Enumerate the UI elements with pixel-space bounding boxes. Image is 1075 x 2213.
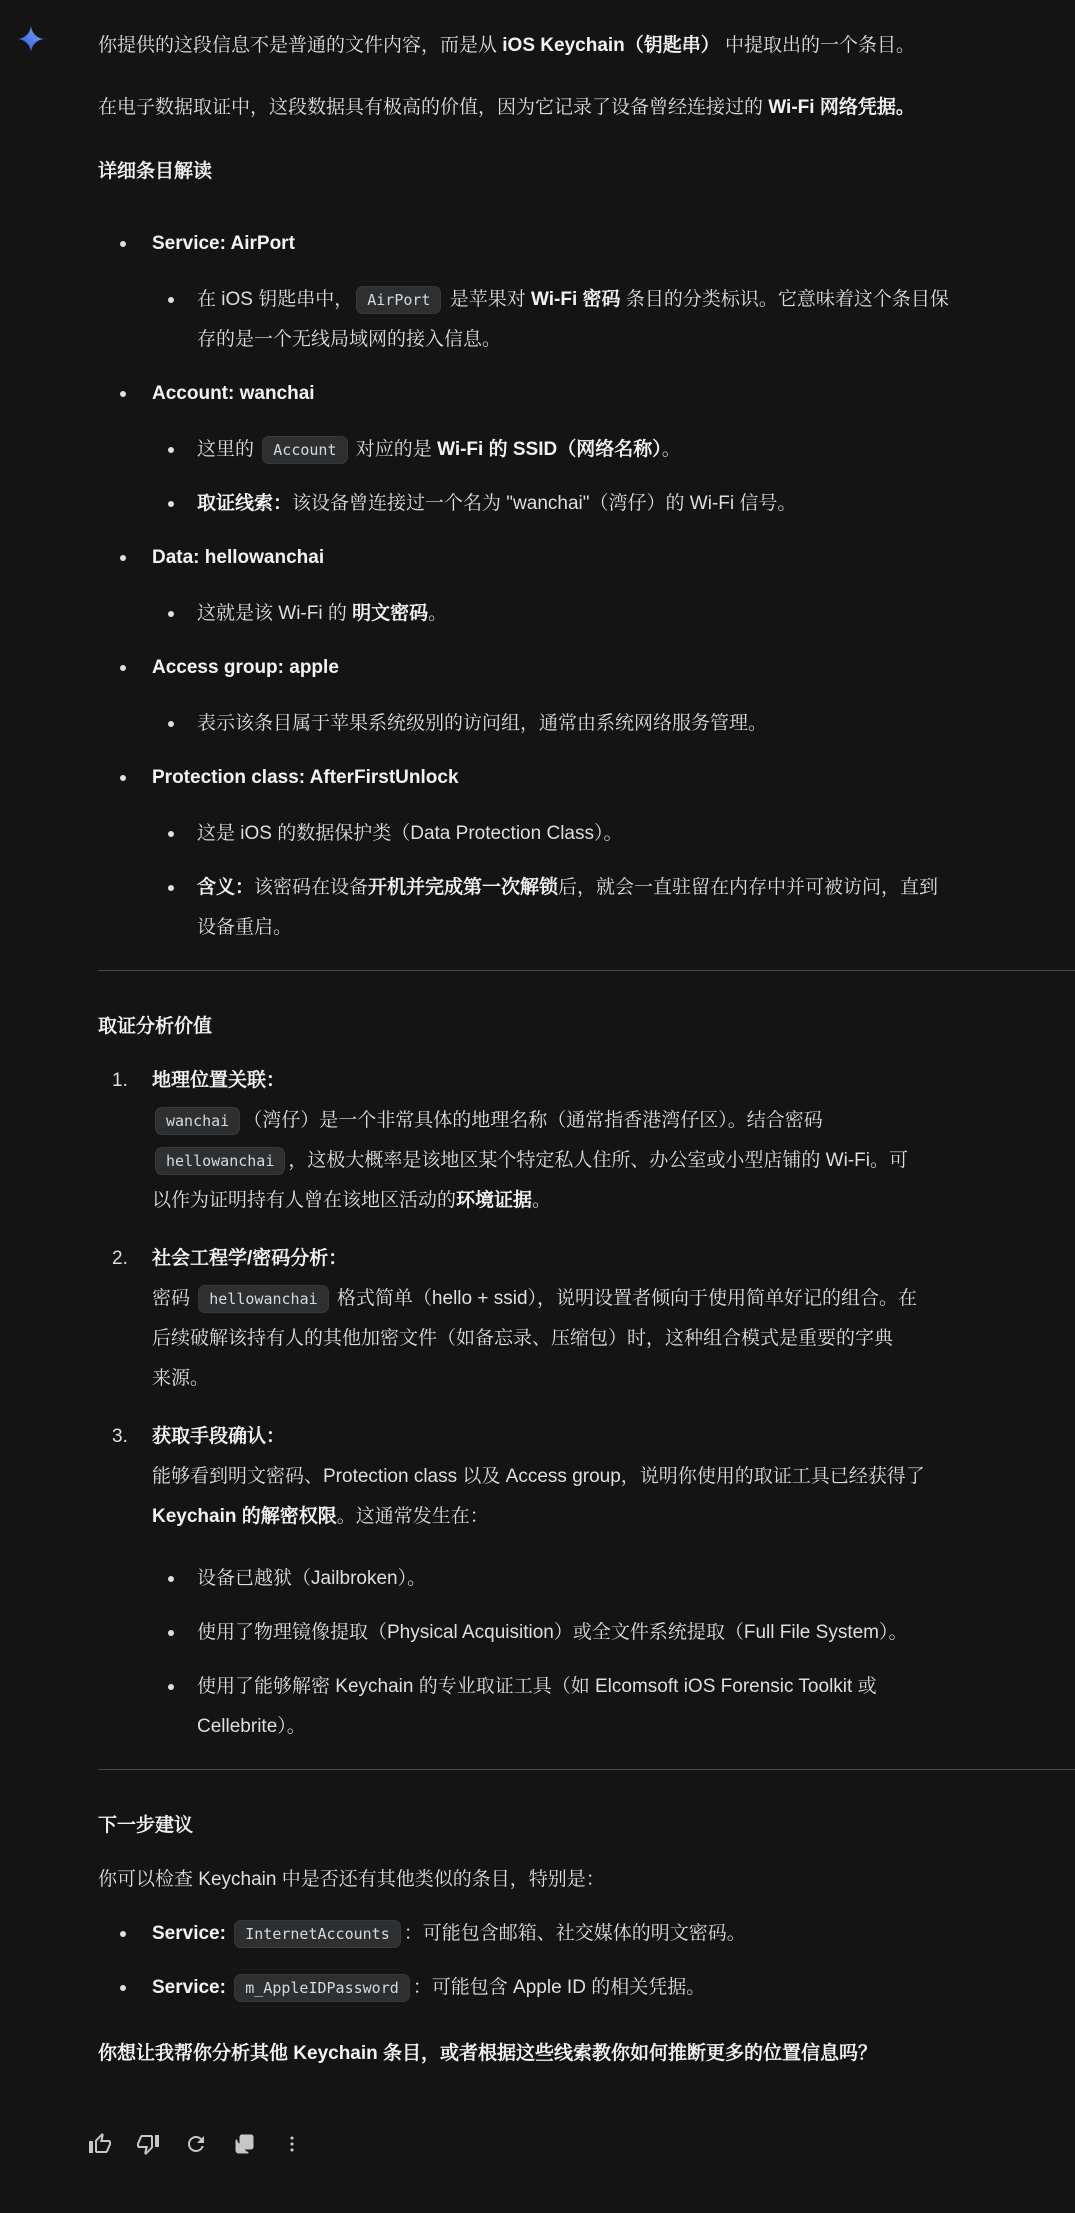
text-segment: 是苹果对 — [444, 289, 531, 310]
sub-list-item: 设备已越狱（Jailbroken）。 — [152, 1559, 1075, 1599]
sub-list: 这里的 Account 对应的是 Wi-Fi 的 SSID（网络名称）。 取证线… — [152, 430, 1075, 524]
text-segment: 社会工程学/密码分析： — [152, 1248, 347, 1269]
list-item: Protection class: AfterFirstUnlock 这是 iO… — [98, 758, 1075, 948]
sub-list-item: 这就是该 Wi-Fi 的 明文密码。 — [152, 594, 1075, 634]
sub-item-text: 使用了物理镜像提取（Physical Acquisition）或全文件系统提取（… — [197, 1613, 1075, 1653]
item-text: 以作为证明持有人曾在该地区活动的环境证据。 — [152, 1181, 1075, 1221]
bullet-icon — [120, 775, 126, 781]
inline-code: hellowanchai — [198, 1285, 328, 1313]
divider — [98, 1769, 1075, 1770]
text-segment: 明文密码 — [352, 603, 428, 624]
text-segment: Service: — [152, 1977, 231, 1998]
bullet-icon — [168, 885, 174, 891]
inline-code: Account — [262, 436, 347, 464]
list-item-label: Data: hellowanchai — [152, 538, 1075, 578]
text-segment: 你想让我帮你分析其他 Keychain 条目，或者根据这些线索教你如何推断更多的… — [98, 2043, 877, 2064]
sub-list-item: 这是 iOS 的数据保护类（Data Protection Class）。 — [152, 814, 1075, 854]
sub-item-text: 使用了能够解密 Keychain 的专业取证工具（如 Elcomsoft iOS… — [197, 1667, 1075, 1707]
text-segment: 设备已越狱（Jailbroken）。 — [197, 1568, 426, 1589]
bullet-icon — [120, 555, 126, 561]
item-text: hellowanchai，这极大概率是该地区某个特定私人住所、办公室或小型店铺的… — [152, 1141, 1075, 1181]
text-segment: ：可能包含邮箱、社交媒体的明文密码。 — [404, 1923, 746, 1944]
numbered-item: 1. 地理位置关联： wanchai（湾仔）是一个非常具体的地理名称（通常指香港… — [98, 1061, 1075, 1221]
list-item-label: Service: InternetAccounts：可能包含邮箱、社交媒体的明文… — [152, 1914, 1075, 1954]
bullet-icon — [168, 831, 174, 837]
list-item-label: Account: wanchai — [152, 374, 1075, 414]
text-segment: 。这通常发生在： — [337, 1506, 489, 1527]
text-segment: 使用了能够解密 Keychain 的专业取证工具（如 Elcomsoft iOS… — [197, 1676, 877, 1697]
sub-list-item: 在 iOS 钥匙串中，AirPort 是苹果对 Wi-Fi 密码 条目的分类标识… — [152, 280, 1075, 360]
text-segment: 后，就会一直驻留在内存中并可被访问，直到 — [558, 877, 938, 898]
thumbs-down-button[interactable] — [128, 2124, 168, 2164]
sub-list-item: 含义：该密码在设备开机并完成第一次解锁后，就会一直驻留在内存中并可被访问，直到 … — [152, 868, 1075, 948]
text-segment: 这是 iOS 的数据保护类（Data Protection Class）。 — [197, 823, 622, 844]
section-heading: 详细条目解读 — [98, 152, 1075, 192]
regenerate-button[interactable] — [176, 2124, 216, 2164]
inline-code: hellowanchai — [155, 1147, 285, 1175]
text-segment: 你提供的这段信息不是普通的文件内容，而是从 — [98, 35, 502, 56]
entry-list: Service: AirPort 在 iOS 钥匙串中，AirPort 是苹果对… — [98, 224, 1075, 948]
text-segment: Cellebrite）。 — [197, 1716, 306, 1737]
text-segment: 能够看到明文密码、Protection class 以及 Access grou… — [152, 1466, 925, 1487]
text-segment: Protection class: AfterFirstUnlock — [152, 767, 459, 788]
text-segment: 来源。 — [152, 1368, 209, 1389]
sub-item-text: 设备已越狱（Jailbroken）。 — [197, 1559, 1075, 1599]
copy-button[interactable] — [224, 2124, 264, 2164]
text-segment: 环境证据 — [456, 1190, 532, 1211]
sub-item-text: 这里的 Account 对应的是 Wi-Fi 的 SSID（网络名称）。 — [197, 430, 1075, 470]
inline-code: AirPort — [356, 286, 441, 314]
forensic-list: 1. 地理位置关联： wanchai（湾仔）是一个非常具体的地理名称（通常指香港… — [98, 1061, 1075, 1747]
closing-question: 你想让我帮你分析其他 Keychain 条目，或者根据这些线索教你如何推断更多的… — [98, 2034, 1075, 2074]
text-segment: 获取手段确认： — [152, 1426, 285, 1447]
sub-item-text: 这是 iOS 的数据保护类（Data Protection Class）。 — [197, 814, 1075, 854]
more-options-icon — [281, 2133, 303, 2155]
sub-item-text: 这就是该 Wi-Fi 的 明文密码。 — [197, 594, 1075, 634]
text-segment: Service: — [152, 1923, 231, 1944]
inline-code: InternetAccounts — [234, 1920, 401, 1948]
numbered-item: 3. 获取手段确认： 能够看到明文密码、Protection class 以及 … — [98, 1417, 1075, 1747]
bullet-icon — [120, 1931, 126, 1937]
assistant-message: 你提供的这段信息不是普通的文件内容，而是从 iOS Keychain（钥匙串） … — [0, 0, 1075, 2164]
copy-icon — [232, 2132, 256, 2156]
divider — [98, 970, 1075, 971]
paragraph: 你可以检查 Keychain 中是否还有其他类似的条目，特别是： — [98, 1860, 1075, 1900]
text-segment: Data: hellowanchai — [152, 547, 324, 568]
text-segment: 存的是一个无线局域网的接入信息。 — [197, 329, 501, 350]
numbered-item-label: 获取手段确认： — [152, 1417, 1075, 1457]
sub-item-text: 设备重启。 — [197, 908, 1075, 948]
text-segment: 设备重启。 — [197, 917, 292, 938]
text-segment: ，这极大概率是该地区某个特定私人住所、办公室或小型店铺的 Wi-Fi。可 — [288, 1150, 908, 1171]
list-item: Account: wanchai 这里的 Account 对应的是 Wi-Fi … — [98, 374, 1075, 524]
text-segment: 该密码在设备 — [254, 877, 368, 898]
bullet-icon — [168, 721, 174, 727]
bullet-icon — [168, 501, 174, 507]
thumbs-up-button[interactable] — [80, 2124, 120, 2164]
sub-list: 在 iOS 钥匙串中，AirPort 是苹果对 Wi-Fi 密码 条目的分类标识… — [152, 280, 1075, 360]
text-segment: Wi-Fi 网络凭据。 — [768, 97, 915, 118]
bullet-icon — [168, 1684, 174, 1690]
item-number: 1. — [112, 1061, 128, 1101]
text-segment: Account: wanchai — [152, 383, 315, 404]
list-item: Service: AirPort 在 iOS 钥匙串中，AirPort 是苹果对… — [98, 224, 1075, 360]
text-segment: 。 — [662, 439, 681, 460]
thumbs-up-icon — [88, 2132, 112, 2156]
bullet-icon — [168, 1576, 174, 1582]
numbered-item: 2. 社会工程学/密码分析： 密码 hellowanchai 格式简单（hell… — [98, 1239, 1075, 1399]
sub-list-item: 这里的 Account 对应的是 Wi-Fi 的 SSID（网络名称）。 — [152, 430, 1075, 470]
item-text: Keychain 的解密权限。这通常发生在： — [152, 1497, 1075, 1537]
sub-list-item: 取证线索：该设备曾连接过一个名为 "wanchai"（湾仔）的 Wi-Fi 信号… — [152, 484, 1075, 524]
sub-list: 这就是该 Wi-Fi 的 明文密码。 — [152, 594, 1075, 634]
sub-list-item: 使用了物理镜像提取（Physical Acquisition）或全文件系统提取（… — [152, 1613, 1075, 1653]
item-number: 3. — [112, 1417, 128, 1457]
sub-item-text: 在 iOS 钥匙串中，AirPort 是苹果对 Wi-Fi 密码 条目的分类标识… — [197, 280, 1075, 320]
sub-item-text: 含义：该密码在设备开机并完成第一次解锁后，就会一直驻留在内存中并可被访问，直到 — [197, 868, 1075, 908]
list-item: Service: m_AppleIDPassword：可能包含 Apple ID… — [98, 1968, 1075, 2008]
numbered-item-label: 社会工程学/密码分析： — [152, 1239, 1075, 1279]
paragraph: 你提供的这段信息不是普通的文件内容，而是从 iOS Keychain（钥匙串） … — [98, 26, 1075, 66]
sub-list: 表示该条目属于苹果系统级别的访问组，通常由系统网络服务管理。 — [152, 704, 1075, 744]
item-text: wanchai（湾仔）是一个非常具体的地理名称（通常指香港湾仔区）。结合密码 — [152, 1101, 1075, 1141]
text-segment: ：可能包含 Apple ID 的相关凭据。 — [413, 1977, 705, 1998]
list-item-label: Access group: apple — [152, 648, 1075, 688]
list-item: Access group: apple 表示该条目属于苹果系统级别的访问组，通常… — [98, 648, 1075, 744]
text-segment: 以作为证明持有人曾在该地区活动的 — [152, 1190, 456, 1211]
sub-list: 设备已越狱（Jailbroken）。 使用了物理镜像提取（Physical Ac… — [152, 1559, 1075, 1747]
text-segment: 开机并完成第一次解锁 — [368, 877, 558, 898]
text-segment: Access group: apple — [152, 657, 339, 678]
text-segment: Keychain 的解密权限 — [152, 1506, 337, 1527]
gemini-sparkle-icon — [17, 25, 45, 53]
text-segment: 含义： — [197, 877, 254, 898]
text-segment: 该设备曾连接过一个名为 "wanchai"（湾仔）的 Wi-Fi 信号。 — [292, 493, 796, 514]
bullet-icon — [120, 665, 126, 671]
text-segment: （湾仔）是一个非常具体的地理名称（通常指香港湾仔区）。结合密码 — [243, 1110, 823, 1131]
text-segment: 中提取出的一个条目。 — [720, 35, 915, 56]
thumbs-down-icon — [136, 2132, 160, 2156]
bullet-icon — [120, 241, 126, 247]
text-segment: 取证线索： — [197, 493, 292, 514]
section-heading: 下一步建议 — [98, 1806, 1075, 1846]
text-segment: 对应的是 — [351, 439, 438, 460]
text-segment: iOS Keychain（钥匙串） — [502, 35, 720, 56]
text-segment: 在电子数据取证中，这段数据具有极高的价值，因为它记录了设备曾经连接过的 — [98, 97, 768, 118]
sub-list-item: 使用了能够解密 Keychain 的专业取证工具（如 Elcomsoft iOS… — [152, 1667, 1075, 1747]
inline-code: wanchai — [155, 1107, 240, 1135]
sub-item-text: 存的是一个无线局域网的接入信息。 — [197, 320, 1075, 360]
list-item-label: Service: m_AppleIDPassword：可能包含 Apple ID… — [152, 1968, 1075, 2008]
bullet-icon — [168, 611, 174, 617]
text-segment: Service: AirPort — [152, 233, 295, 254]
text-segment: Wi-Fi 密码 — [531, 289, 621, 310]
bullet-icon — [168, 1630, 174, 1636]
sub-item-text: 取证线索：该设备曾连接过一个名为 "wanchai"（湾仔）的 Wi-Fi 信号… — [197, 484, 1075, 524]
more-options-button[interactable] — [272, 2124, 312, 2164]
sub-item-text: Cellebrite）。 — [197, 1707, 1075, 1747]
section-heading: 取证分析价值 — [98, 1007, 1075, 1047]
item-text: 能够看到明文密码、Protection class 以及 Access grou… — [152, 1457, 1075, 1497]
bullet-icon — [120, 391, 126, 397]
sub-list: 这是 iOS 的数据保护类（Data Protection Class）。 含义… — [152, 814, 1075, 948]
bullet-icon — [168, 447, 174, 453]
inline-code: m_AppleIDPassword — [234, 1974, 410, 2002]
text-segment: 。 — [532, 1190, 551, 1211]
paragraph: 在电子数据取证中，这段数据具有极高的价值，因为它记录了设备曾经连接过的 Wi-F… — [98, 88, 1075, 128]
list-item-label: Service: AirPort — [152, 224, 1075, 264]
list-item-label: Protection class: AfterFirstUnlock — [152, 758, 1075, 798]
suggestion-list: Service: InternetAccounts：可能包含邮箱、社交媒体的明文… — [98, 1914, 1075, 2008]
bullet-icon — [168, 297, 174, 303]
item-text: 来源。 — [152, 1359, 1075, 1399]
text-segment: Wi-Fi 的 SSID（网络名称） — [437, 439, 662, 460]
bullet-icon — [120, 1985, 126, 1991]
item-text: 密码 hellowanchai 格式简单（hello + ssid），说明设置者… — [152, 1279, 1075, 1319]
text-segment: 条目的分类标识。它意味着这个条目保 — [621, 289, 949, 310]
numbered-item-label: 地理位置关联： — [152, 1061, 1075, 1101]
sub-list-item: 表示该条目属于苹果系统级别的访问组，通常由系统网络服务管理。 — [152, 704, 1075, 744]
text-segment: 。 — [428, 603, 447, 624]
text-segment: 你可以检查 Keychain 中是否还有其他类似的条目，特别是： — [98, 1869, 605, 1890]
response-action-bar — [80, 2124, 1075, 2164]
text-segment: 这里的 — [197, 439, 259, 460]
text-segment: 这就是该 Wi-Fi 的 — [197, 603, 352, 624]
list-item: Service: InternetAccounts：可能包含邮箱、社交媒体的明文… — [98, 1914, 1075, 1954]
text-segment: 后续破解该持有人的其他加密文件（如备忘录、压缩包）时，这种组合模式是重要的字典 — [152, 1328, 893, 1349]
regenerate-icon — [184, 2132, 208, 2156]
message-content: 你提供的这段信息不是普通的文件内容，而是从 iOS Keychain（钥匙串） … — [98, 0, 1075, 2164]
text-segment: 表示该条目属于苹果系统级别的访问组，通常由系统网络服务管理。 — [197, 713, 767, 734]
text-segment: 地理位置关联： — [152, 1070, 285, 1091]
text-segment: 密码 — [152, 1288, 195, 1309]
item-text: 后续破解该持有人的其他加密文件（如备忘录、压缩包）时，这种组合模式是重要的字典 — [152, 1319, 1075, 1359]
item-number: 2. — [112, 1239, 128, 1279]
text-segment: 格式简单（hello + ssid），说明设置者倾向于使用简单好记的组合。在 — [332, 1288, 917, 1309]
list-item: Data: hellowanchai 这就是该 Wi-Fi 的 明文密码。 — [98, 538, 1075, 634]
text-segment: 在 iOS 钥匙串中， — [197, 289, 353, 310]
text-segment: 使用了物理镜像提取（Physical Acquisition）或全文件系统提取（… — [197, 1622, 908, 1643]
sub-item-text: 表示该条目属于苹果系统级别的访问组，通常由系统网络服务管理。 — [197, 704, 1075, 744]
